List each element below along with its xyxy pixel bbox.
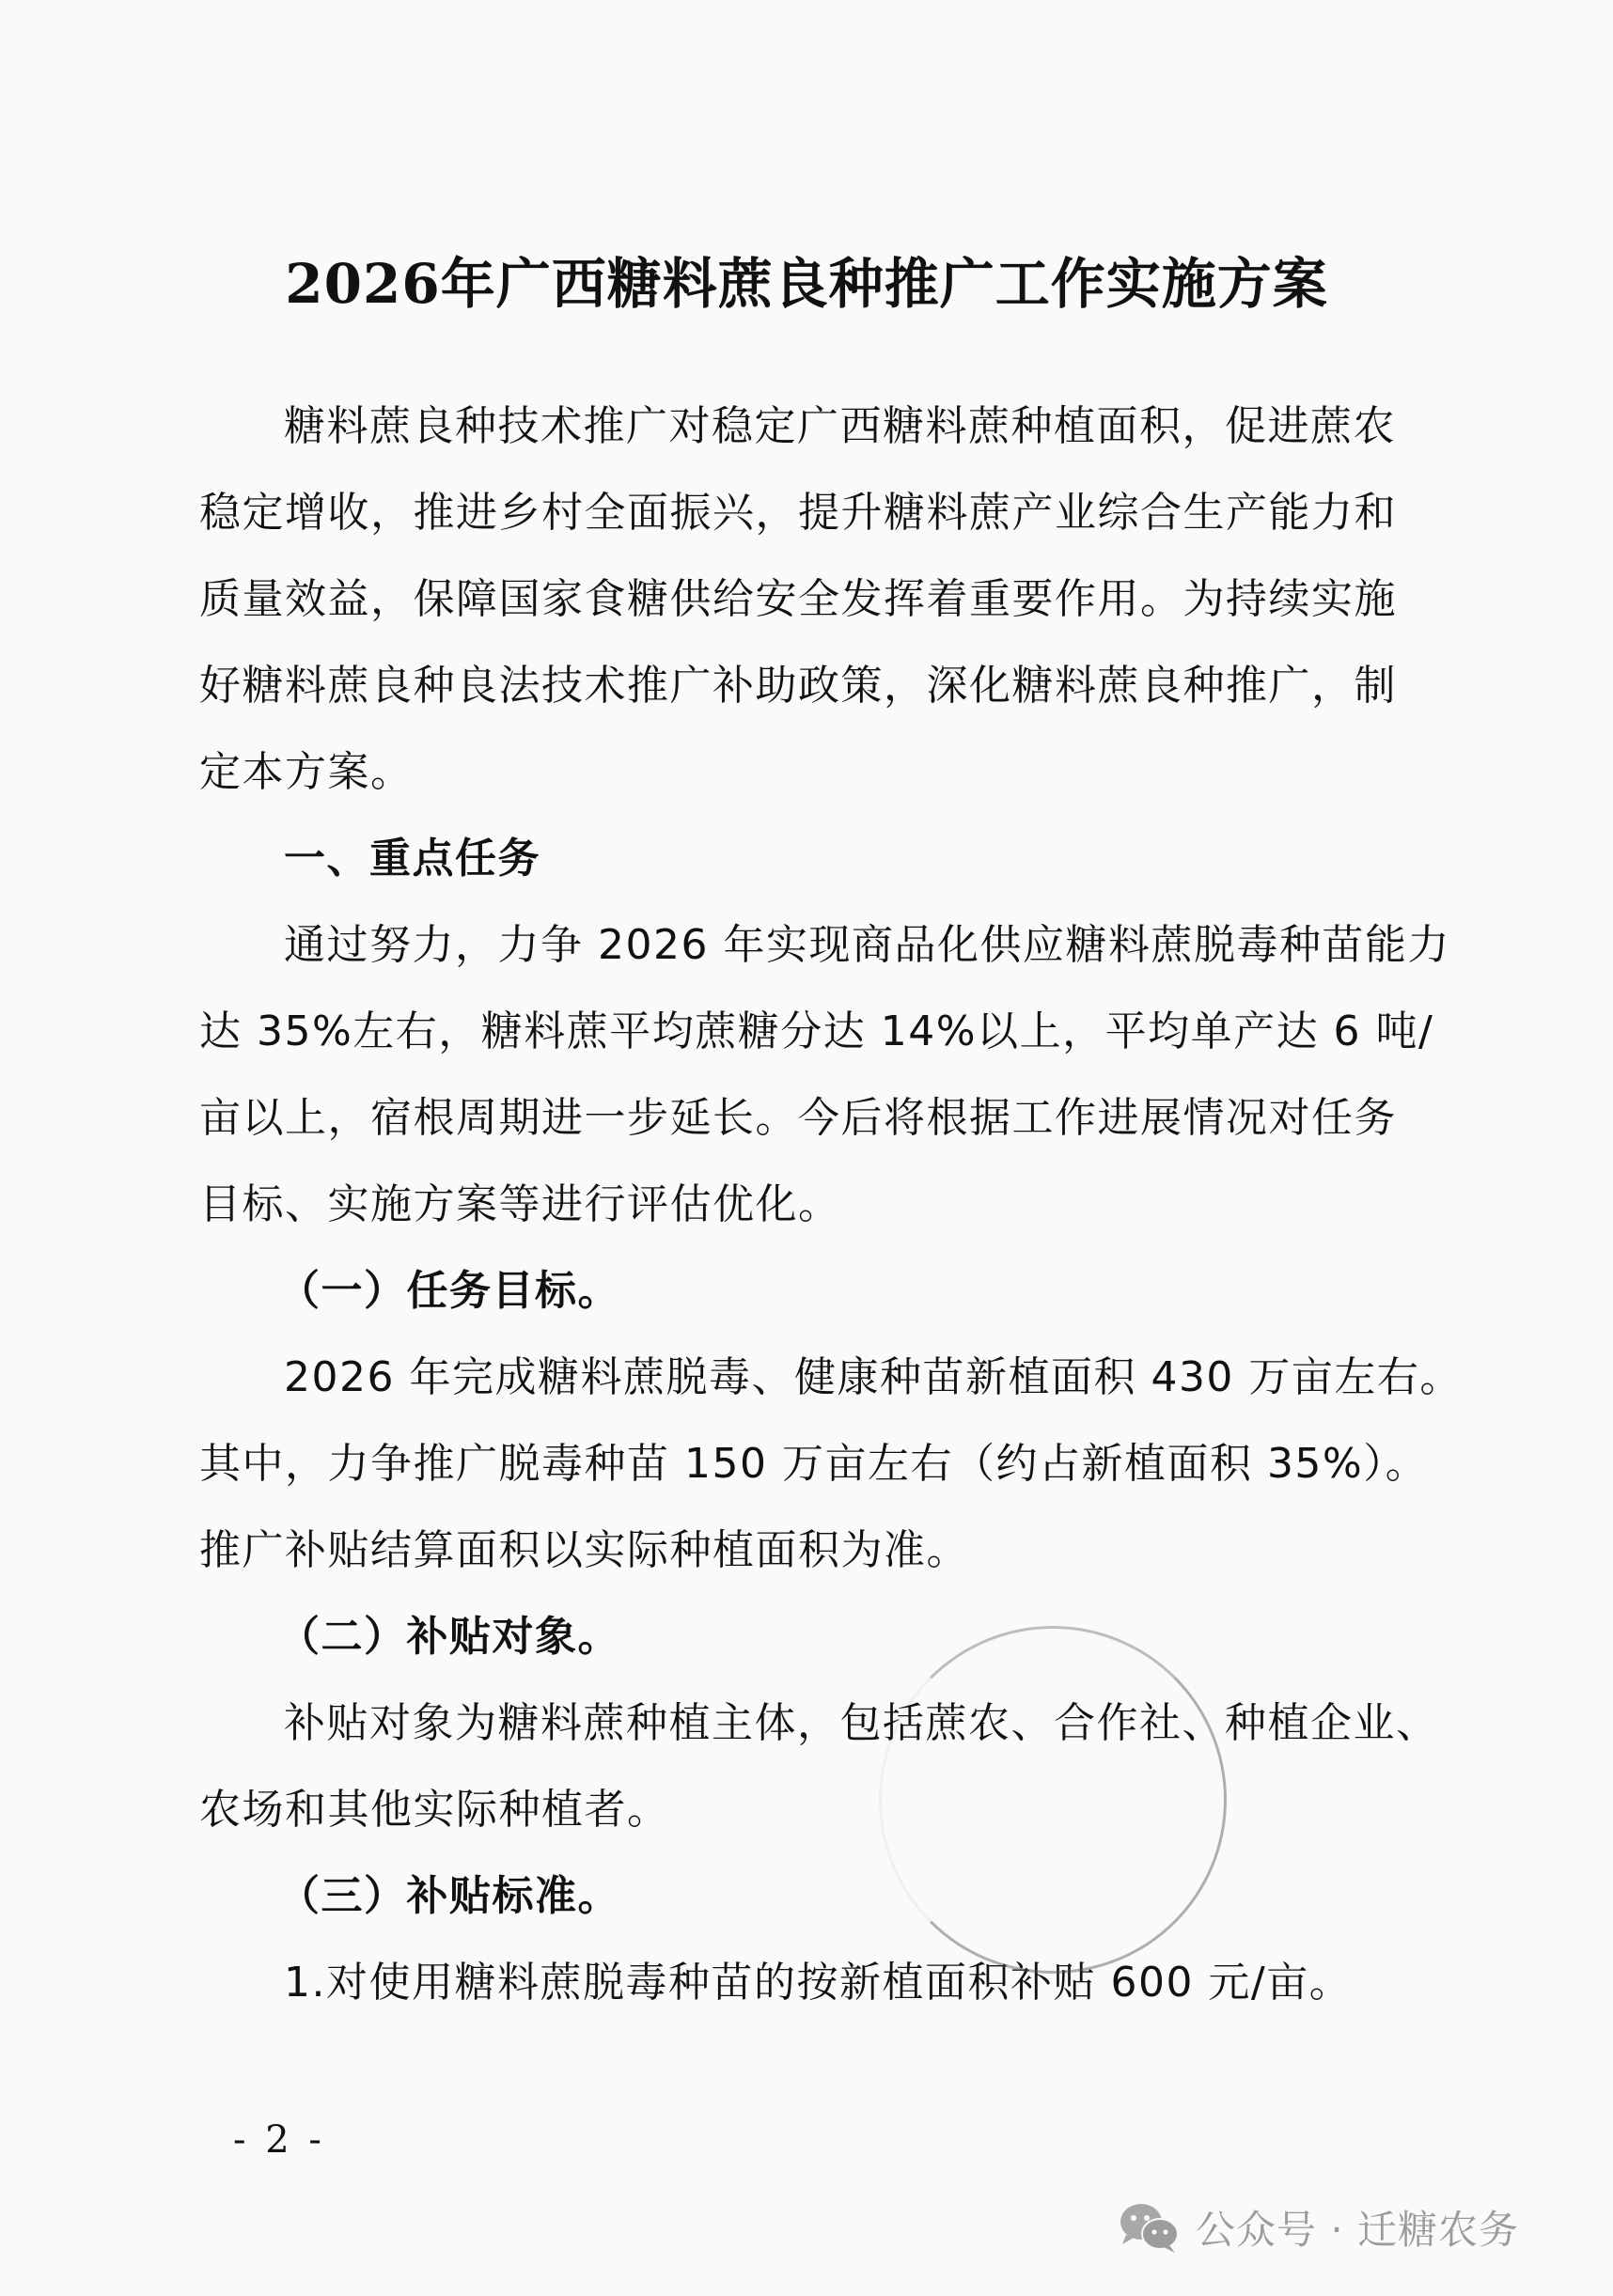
section-1-heading: 一、重点任务: [284, 831, 540, 887]
intro-line-1: 糖料蔗良种技术推广对稳定广西糖料蔗种植面积，促进蔗农: [284, 398, 1396, 455]
subsection-1-line-1: 2026 年完成糖料蔗脱毒、健康种苗新植面积 430 万亩左右。: [284, 1350, 1463, 1406]
page-number: - 2 -: [233, 2116, 325, 2163]
intro-line-2: 稳定增收，推进乡村全面振兴，提升糖料蔗产业综合生产能力和: [199, 485, 1397, 541]
subsection-1-heading: （一）任务目标。: [278, 1263, 620, 1320]
subsection-1-line-2: 其中，力争推广脱毒种苗 150 万亩左右（约占新植面积 35%）。: [199, 1436, 1428, 1492]
seal-stamp-ring: [879, 1626, 1227, 1974]
subsection-2-line-2: 农场和其他实际种植者。: [199, 1782, 670, 1838]
intro-line-4: 好糖料蔗良种良法技术推广补助政策，深化糖料蔗良种推广，制: [199, 658, 1397, 714]
section-1-line-1: 通过努力，力争 2026 年实现商品化供应糖料蔗脱毒种苗能力: [284, 917, 1450, 974]
document-title: 2026年广西糖料蔗良种推广工作实施方案: [0, 246, 1613, 321]
watermark-text: 公众号 · 迁糖农务: [1196, 2199, 1519, 2256]
intro-line-3: 质量效益，保障国家食糖供给安全发挥着重要作用。为持续实施: [199, 571, 1397, 628]
subsection-2-line-1: 补贴对象为糖料蔗种植主体，包括蔗农、合作社、种植企业、: [284, 1695, 1439, 1752]
section-1-line-3: 亩以上，宿根周期进一步延长。今后将根据工作进展情况对任务: [199, 1090, 1397, 1147]
wechat-watermark: 公众号 · 迁糖农务: [1117, 2199, 1519, 2256]
subsection-3-heading: （三）补贴标准。: [278, 1868, 620, 1925]
wechat-icon: [1117, 2201, 1182, 2254]
section-1-line-2: 达 35%左右，糖料蔗平均蔗糖分达 14%以上，平均单产达 6 吨/: [199, 1004, 1433, 1060]
intro-line-5: 定本方案。: [199, 744, 414, 801]
section-1-line-4: 目标、实施方案等进行评估优化。: [199, 1177, 841, 1233]
subsection-2-heading: （二）补贴对象。: [278, 1609, 620, 1665]
subsection-1-line-3: 推广补贴结算面积以实际种植面积为准。: [199, 1523, 969, 1579]
document-page: 2026年广西糖料蔗良种推广工作实施方案 糖料蔗良种技术推广对稳定广西糖料蔗种植…: [0, 0, 1613, 2296]
subsection-3-line-1: 1.对使用糖料蔗脱毒种苗的按新植面积补贴 600 元/亩。: [284, 1955, 1352, 2011]
